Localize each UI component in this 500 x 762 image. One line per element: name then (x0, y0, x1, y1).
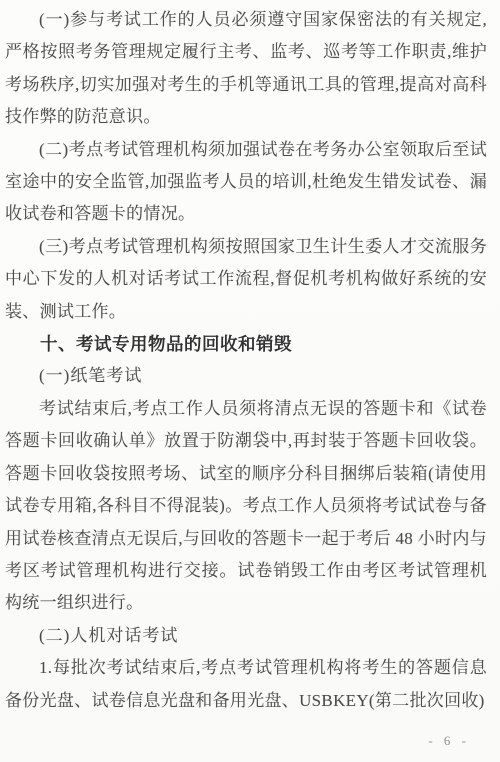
subheading-cbt-exam: (二)人机对话考试 (5, 620, 487, 652)
paragraph-staff-confidentiality: (一)参与考试工作的人员必须遵守国家保密法的有关规定,严格按照考务管理规定履行主… (5, 4, 487, 134)
page-footer: - 6 - (428, 733, 470, 749)
paragraph-cbt-recycle: 1.每批次考试结束后,考点考试管理机构将考生的答题信息备份光盘、试卷信息光盘和备… (5, 652, 487, 717)
paragraph-cbt-workflow: (三)考点考试管理机构须按照国家卫生计生委人才交流服务中心下发的人机对话考试工作… (5, 231, 487, 328)
page-number: - 6 - (428, 733, 470, 748)
document-page: (一)参与考试工作的人员必须遵守国家保密法的有关规定,严格按照考务管理规定履行主… (0, 0, 500, 762)
section-heading-recycle-destroy: 十、考试专用物品的回收和销毁 (5, 328, 487, 360)
paragraph-paper-exam-procedure: 考试结束后,考点工作人员须将清点无误的答题卡和《试卷答题卡回收确认单》放置于防潮… (5, 393, 487, 620)
paragraph-paper-security: (二)考点考试管理机构须加强试卷在考务办公室领取后至试室途中的安全监管,加强监考… (5, 134, 487, 231)
subheading-paper-exam: (一)纸笔考试 (5, 360, 487, 392)
